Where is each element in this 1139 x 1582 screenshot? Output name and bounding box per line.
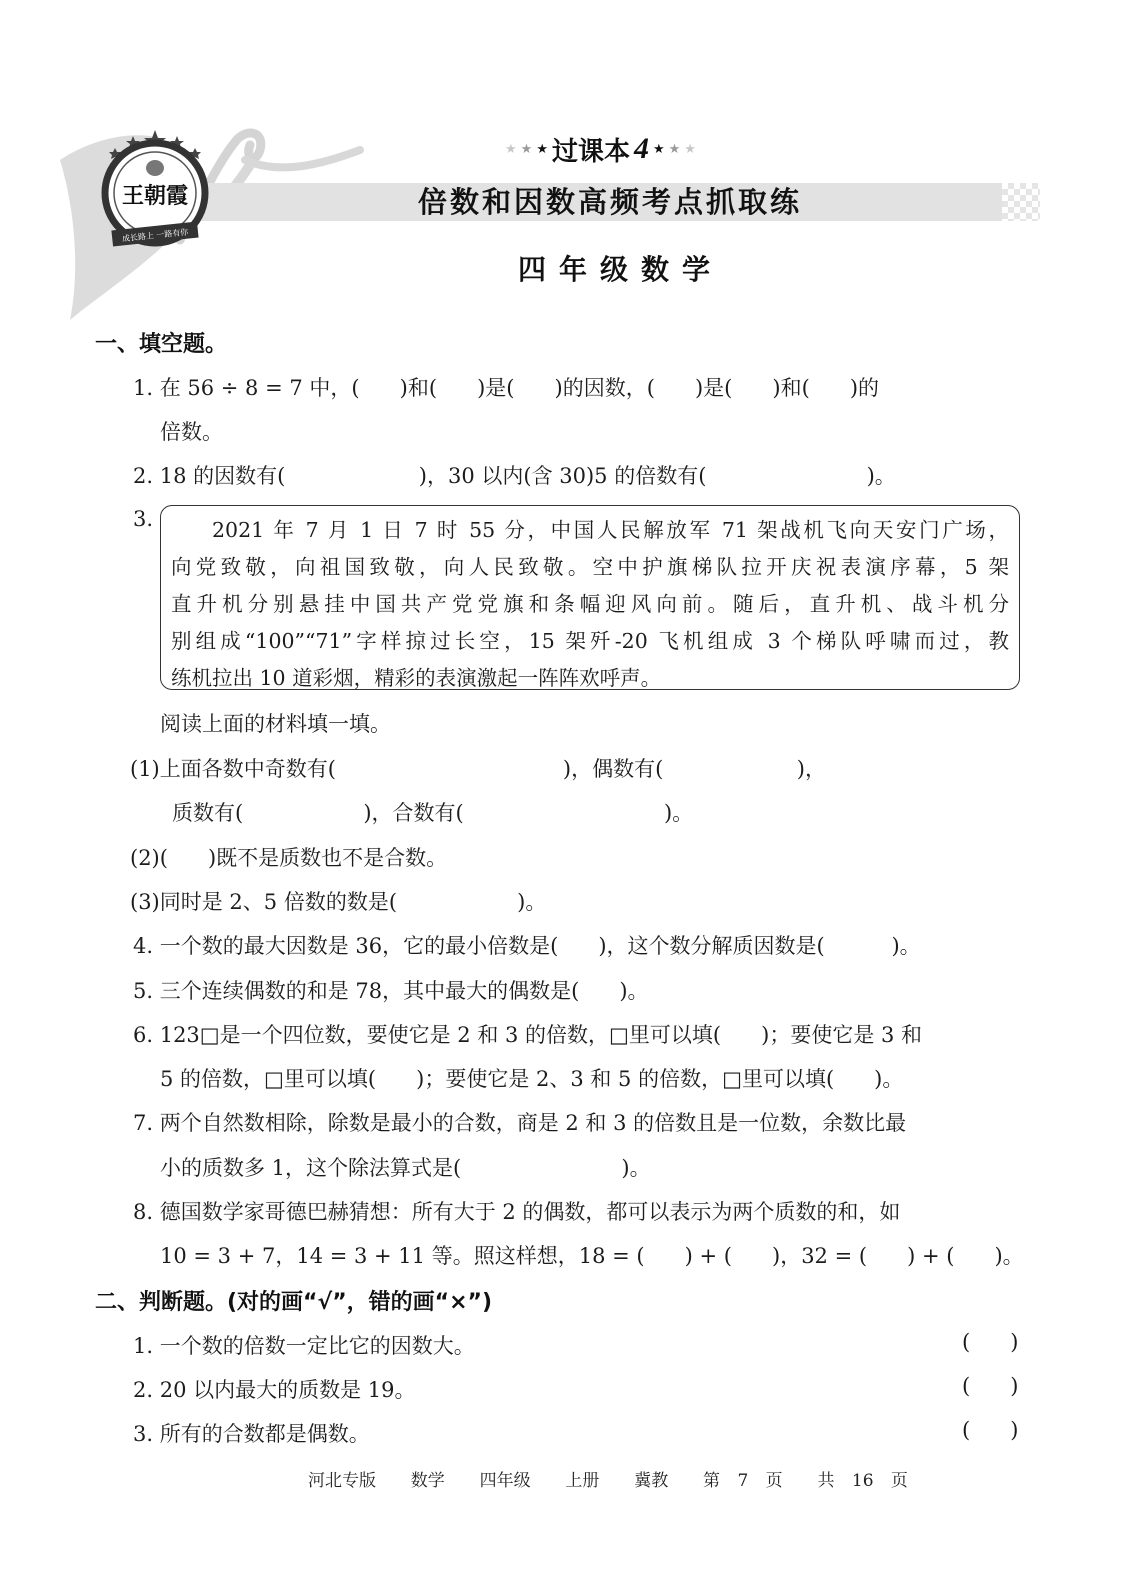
star-icon: ★ <box>505 142 517 157</box>
question-8-line-2: 10 = 3 + 7，14 = 3 + 11 等。照这样想，18 = ( ) +… <box>160 1240 1024 1270</box>
svg-text:王朝霞: 王朝霞 <box>122 183 188 209</box>
question-3-sub-3: (3)同时是 2、5 倍数的数是( )。 <box>130 886 546 916</box>
series-name: 过课本 <box>552 131 630 168</box>
answer-box-3[interactable]: ( ) <box>962 1418 1018 1442</box>
question-1-line-1: 1. 在 56 ÷ 8 = 7 中，( )和( )是( )的因数，( )是( )… <box>133 372 879 402</box>
question-6-line-2: 5 的倍数，□里可以填( )；要使它是 2、3 和 5 的倍数，□里可以填( )… <box>160 1063 903 1093</box>
answer-box-2[interactable]: ( ) <box>962 1374 1018 1398</box>
question-1-line-2: 倍数。 <box>160 416 223 446</box>
question-3-prompt: 阅读上面的材料填一填。 <box>160 708 391 738</box>
question-7-line-2: 小的质数多 1，这个除法算式是( )。 <box>160 1152 651 1182</box>
series-number: 4 <box>634 132 649 166</box>
question-5: 5. 三个连续偶数的和是 78，其中最大的偶数是( )。 <box>133 975 649 1005</box>
true-false-item-2: 2. 20 以内最大的质数是 19。 <box>133 1374 416 1404</box>
question-6-line-1: 6. 123□是一个四位数，要使它是 2 和 3 的倍数，□里可以填( )；要使… <box>133 1019 922 1049</box>
material-line: 2021 年 7 月 1 日 7 时 55 分，中国人民解放军 71 架战机飞向… <box>171 512 1009 549</box>
question-4: 4. 一个数的最大因数是 36，它的最小倍数是( )，这个数分解质因数是( )。 <box>133 930 921 960</box>
section-heading-fill-blank: 一、填空题。 <box>95 327 227 358</box>
question-7-line-1: 7. 两个自然数相除，除数是最小的合数，商是 2 和 3 的倍数且是一位数，余数… <box>133 1107 906 1137</box>
material-line: 直升机分别悬挂中国共产党党旗和条幅迎风向前。随后，直升机、战斗机分 <box>171 586 1009 623</box>
answer-box-1[interactable]: ( ) <box>962 1330 1018 1354</box>
question-8-line-1: 8. 德国数学家哥德巴赫猜想：所有大于 2 的偶数，都可以表示为两个质数的和，如 <box>133 1196 900 1226</box>
section-heading-true-false: 二、判断题。(对的画“√”，错的画“×”) <box>95 1285 492 1316</box>
material-line: 别组成“100”“71”字样掠过长空，15 架歼-20 飞机组成 3 个梯队呼啸… <box>171 623 1009 660</box>
question-2: 2. 18 的因数有( )，30 以内(含 30)5 的倍数有( )。 <box>133 460 896 490</box>
page-subtitle: 四年级数学 <box>518 248 723 288</box>
material-line: 练机拉出 10 道彩烟，精彩的表演激起一阵阵欢呼声。 <box>171 660 1009 697</box>
true-false-item-1: 1. 一个数的倍数一定比它的因数大。 <box>133 1330 475 1360</box>
series-label: ★ ★ ★ 过课本 4 ★ ★ ★ <box>505 131 696 167</box>
true-false-item-3: 3. 所有的合数都是偶数。 <box>133 1418 370 1448</box>
brand-logo-icon: 王朝霞 成长路上 一路有你 <box>100 128 210 253</box>
page-footer: 河北专版 数学 四年级 上册 冀教 第 7 页 共 16 页 <box>308 1466 908 1491</box>
question-3-number: 3. <box>133 507 153 531</box>
star-icon: ★ <box>653 142 665 157</box>
checker-pattern-decoration <box>1002 183 1040 221</box>
question-3-sub-1-line-2: 质数有( )，合数有( )。 <box>172 797 693 827</box>
star-icon: ★ <box>669 142 681 157</box>
question-3-sub-1-line-1: (1)上面各数中奇数有( )，偶数有( )， <box>130 753 826 783</box>
page-title: 倍数和因数高频考点抓取练 <box>418 183 802 221</box>
reading-material-box: 2021 年 7 月 1 日 7 时 55 分，中国人民解放军 71 架战机飞向… <box>160 505 1020 690</box>
star-icon: ★ <box>684 142 696 157</box>
question-3-sub-2: (2)( )既不是质数也不是合数。 <box>130 842 447 872</box>
star-icon: ★ <box>536 142 548 157</box>
material-line: 向党致敬，向祖国致敬，向人民致敬。空中护旗梯队拉开庆祝表演序幕，5 架 <box>171 549 1009 586</box>
star-icon: ★ <box>521 142 533 157</box>
